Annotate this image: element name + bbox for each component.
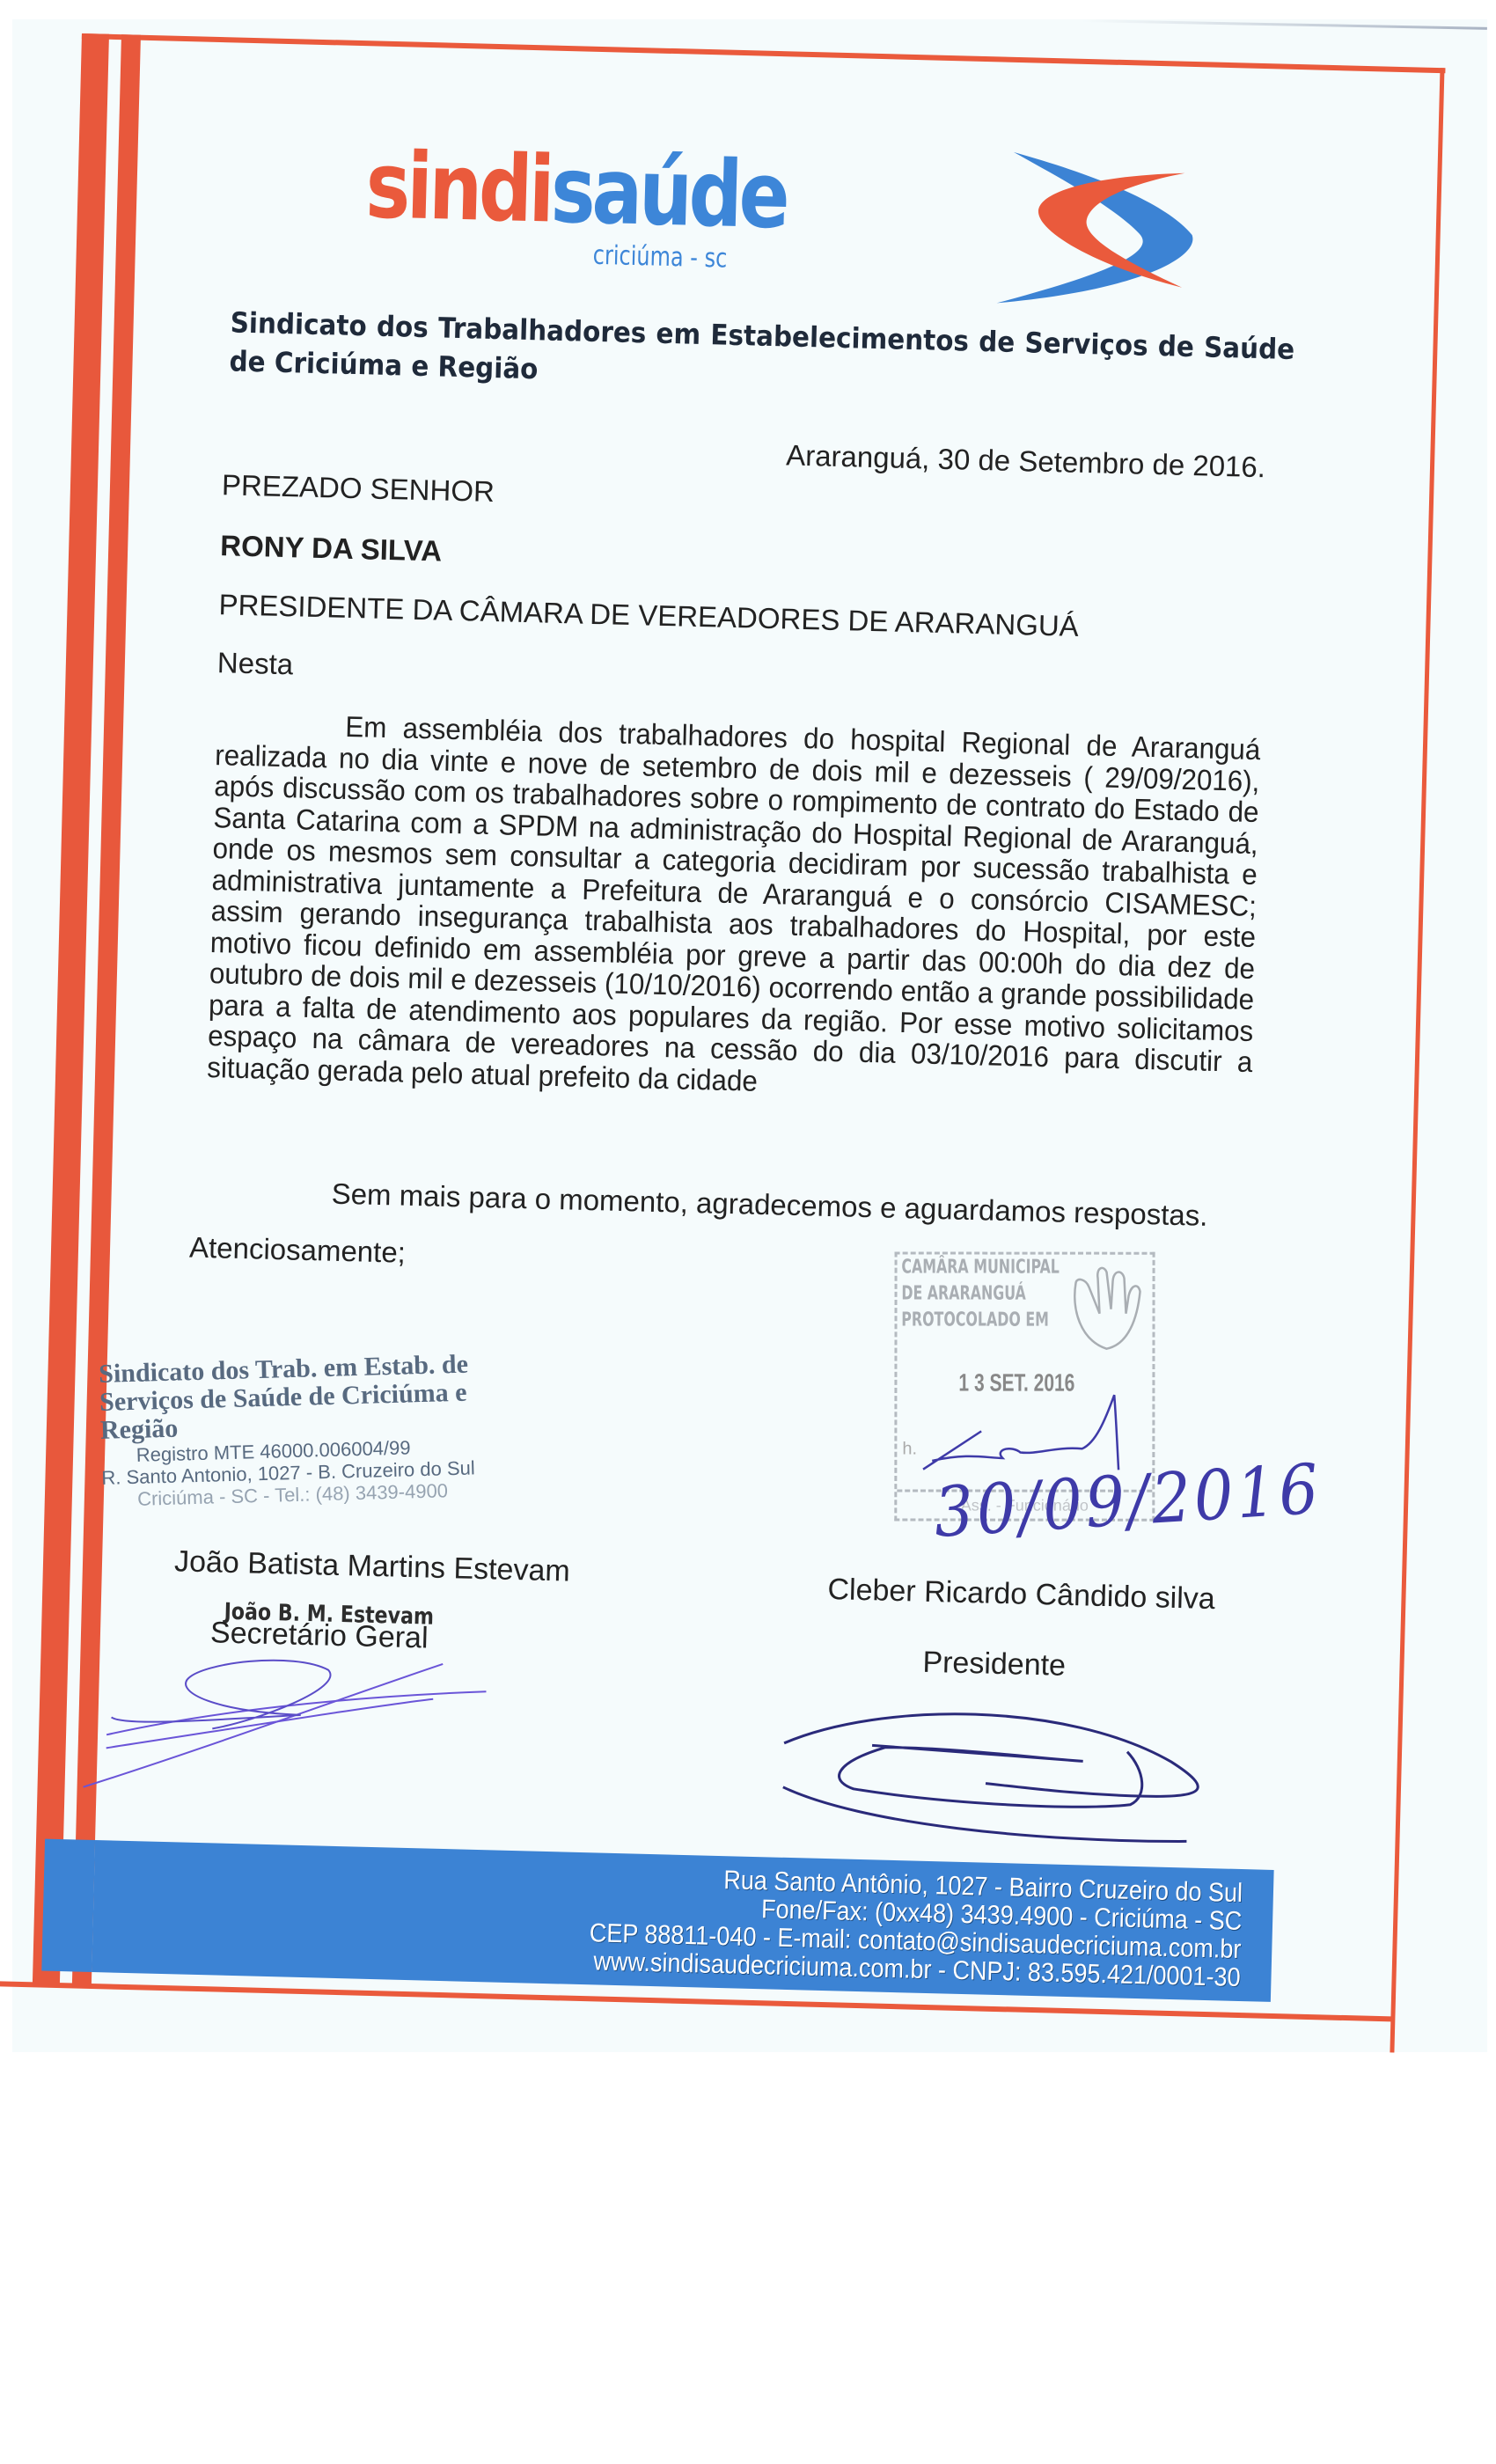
frame-top-border <box>82 33 1446 73</box>
letter-page: sindisaúde criciúma - sc Sindicato dos T… <box>0 0 1496 2147</box>
union-stamp: Sindicato dos Trab. em Estab. de Serviço… <box>99 1349 524 1511</box>
signature-secretary <box>78 1594 524 1808</box>
salutation: PREZADO SENHOR <box>222 468 495 509</box>
logo-wordmark-saude: saúde <box>550 136 788 250</box>
letter-body: Em assembléia dos trabalhadores do hospi… <box>207 708 1261 1109</box>
location-note: Nesta <box>216 646 293 681</box>
regards: Atenciosamente; <box>189 1231 407 1270</box>
organization-name: Sindicato dos Trabalhadores em Estabelec… <box>229 303 1295 407</box>
footer-contact-info: Rua Santo Antônio, 1027 - Bairro Cruzeir… <box>589 1863 1243 1992</box>
closing-sentence: Sem mais para o momento, agradecemos e a… <box>331 1177 1208 1233</box>
place-and-date: Araranguá, 30 de Setembro de 2016. <box>781 438 1266 484</box>
signatory-role: Presidente <box>922 1646 1066 1683</box>
logo-wordmark-sindi: sindi <box>364 131 553 243</box>
signatory-name: Cleber Ricardo Cândido silva <box>827 1573 1215 1617</box>
recipient-name: RONY DA SILVA <box>220 529 443 568</box>
frame-right-border <box>1390 68 1444 2052</box>
footer-contact-band: Rua Santo Antônio, 1027 - Bairro Cruzeir… <box>92 1840 1273 2002</box>
logo-swoosh-icon <box>874 143 1247 312</box>
signatory-name: João Batista Martins Estevam <box>174 1544 571 1588</box>
hand-emblem-icon <box>1062 1265 1146 1353</box>
signature-president <box>773 1690 1269 1861</box>
sindisaude-logo: sindisaúde criciúma - sc <box>355 130 1238 311</box>
logo-wordmark: sindisaúde <box>364 139 787 241</box>
footer-band-edge <box>41 1839 95 1972</box>
logo-subtitle: criciúma - sc <box>592 240 727 275</box>
recipient-title: PRESIDENTE DA CÂMARA DE VEREADORES DE AR… <box>218 588 1079 643</box>
